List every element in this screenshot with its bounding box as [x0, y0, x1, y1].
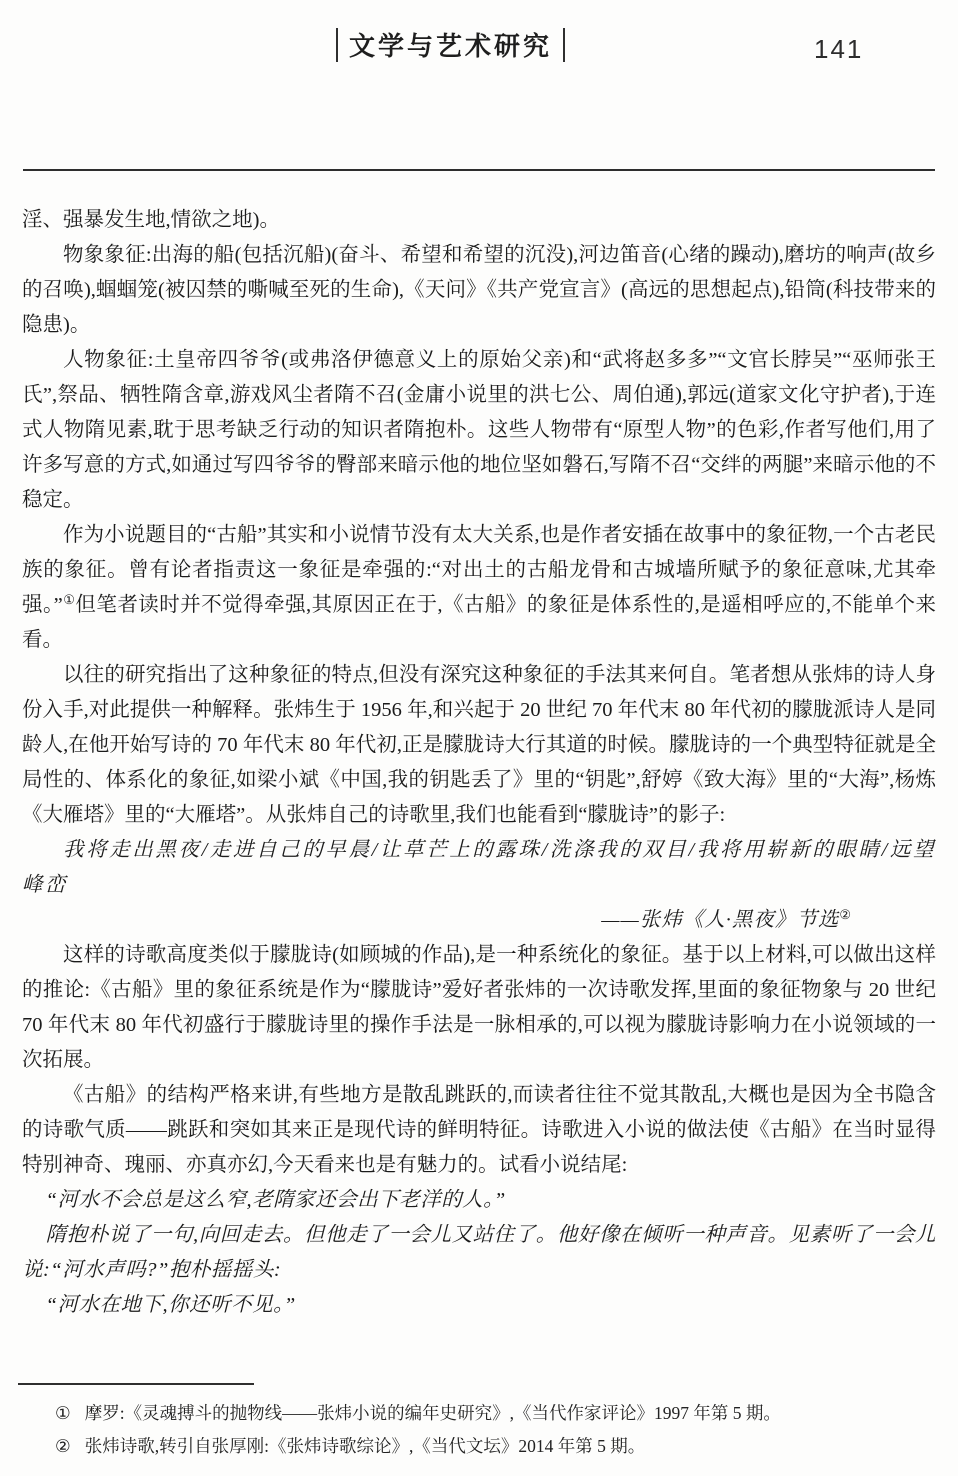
page-number: 141	[814, 34, 863, 65]
paragraph: 以往的研究指出了这种象征的特点,但没有深究这种象征的手法其来何自。笔者想从张炜的…	[22, 658, 936, 833]
header-rule	[23, 169, 935, 171]
title-right-bar	[563, 28, 565, 62]
poem-attribution: ——张炜《人·黑夜》节选②	[22, 903, 936, 938]
journal-section-title: 文学与艺术研究	[349, 26, 552, 63]
poem-excerpt: 我将走出黑夜/走进自己的早晨/让草芒上的露珠/洗涤我的双目/我将用崭新的眼睛/远…	[22, 833, 936, 903]
footnote-item: ①摩罗:《灵魂搏斗的抛物线——张炜小说的编年史研究》,《当代作家评论》1997 …	[18, 1397, 940, 1430]
footnote-ref: ①	[63, 592, 76, 607]
footnote-marker: ①	[55, 1397, 71, 1430]
paragraph: 《古船》的结构严格来讲,有些地方是散乱跳跃的,而读者往往不觉其散乱,大概也是因为…	[22, 1078, 936, 1183]
journal-page: 文学与艺术研究 141 淫、强暴发生地,情欲之地)。物象象征:出海的船(包括沉船…	[0, 0, 958, 1476]
footnote-text: 摩罗:《灵魂搏斗的抛物线——张炜小说的编年史研究》,《当代作家评论》1997 年…	[85, 1397, 940, 1430]
footnote-list: ①摩罗:《灵魂搏斗的抛物线——张炜小说的编年史研究》,《当代作家评论》1997 …	[18, 1397, 940, 1463]
paragraph: 人物象征:土皇帝四爷爷(或弗洛伊德意义上的原始父亲)和“武将赵多多”“文官长脖吴…	[22, 343, 936, 518]
paragraph: 物象象征:出海的船(包括沉船)(奋斗、希望和希望的沉没),河边笛音(心绪的躁动)…	[22, 238, 936, 343]
paragraph: 这样的诗歌高度类似于朦胧诗(如顾城的作品),是一种系统化的象征。基于以上材料,可…	[22, 938, 936, 1078]
footnote-text: 张炜诗歌,转引自张厚刚:《张炜诗歌综论》,《当代文坛》2014 年第 5 期。	[85, 1430, 940, 1463]
page-header: 文学与艺术研究	[336, 26, 565, 63]
footnote-ref: ②	[839, 907, 852, 922]
novel-quote: “河水不会总是这么窄,老隋家还会出下老洋的人。”	[22, 1183, 936, 1218]
footnote-marker: ②	[55, 1430, 71, 1463]
title-left-bar	[336, 28, 338, 62]
footnote-separator	[18, 1383, 254, 1385]
paragraph-continued: 淫、强暴发生地,情欲之地)。	[22, 203, 936, 238]
footnotes-section: ①摩罗:《灵魂搏斗的抛物线——张炜小说的编年史研究》,《当代作家评论》1997 …	[18, 1383, 940, 1463]
paragraph: 作为小说题目的“古船”其实和小说情节没有太大关系,也是作者安插在故事中的象征物,…	[22, 518, 936, 658]
body-content: 淫、强暴发生地,情欲之地)。物象象征:出海的船(包括沉船)(奋斗、希望和希望的沉…	[22, 203, 936, 1323]
footnote-item: ②张炜诗歌,转引自张厚刚:《张炜诗歌综论》,《当代文坛》2014 年第 5 期。	[18, 1430, 940, 1463]
novel-quote: 隋抱朴说了一句,向回走去。但他走了一会儿又站住了。他好像在倾听一种声音。见素听了…	[22, 1218, 936, 1288]
novel-quote: “河水在地下,你还听不见。”	[22, 1288, 936, 1323]
